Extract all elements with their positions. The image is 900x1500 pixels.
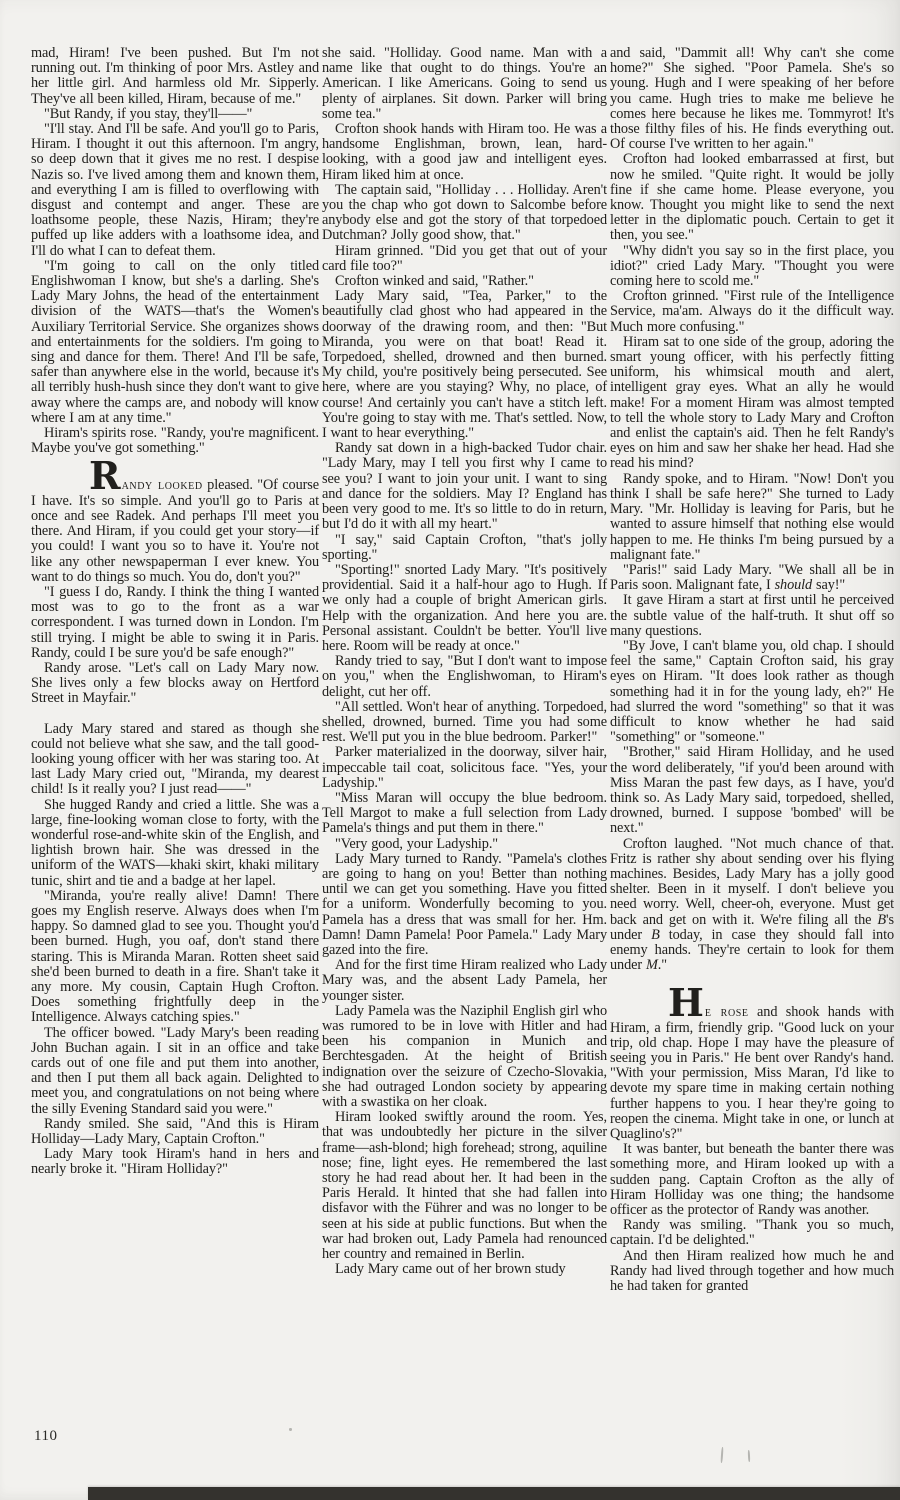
- paragraph: And then Hiram realized how much he and …: [610, 1249, 894, 1295]
- opening-paragraph: Randy looked pleased. "Of course I have.…: [31, 476, 319, 584]
- paragraph: Lady Pamela was the Naziphil English gir…: [322, 1004, 607, 1110]
- paragraph: It was banter, but beneath the banter th…: [610, 1142, 894, 1218]
- paragraph: "Why didn't you say so in the first plac…: [610, 244, 894, 290]
- paragraph: "Very good, your Ladyship.": [322, 837, 607, 852]
- paragraph: And for the first time Hiram realized wh…: [322, 958, 607, 1004]
- paragraph: Randy arose. "Let's call on Lady Mary no…: [31, 661, 319, 707]
- paragraph: Lady Mary said, "Tea, Parker," to the be…: [322, 289, 607, 441]
- page-number: 110: [34, 1428, 57, 1445]
- scan-artifact: [720, 1447, 723, 1463]
- paragraph: The captain said, "Holliday . . . Hollid…: [322, 183, 607, 244]
- paragraph: She hugged Randy and cried a little. She…: [31, 798, 319, 889]
- paragraph: "Paris!" said Lady Mary. "We shall all b…: [610, 563, 894, 593]
- paragraph: Hiram's spirits rose. "Randy, you're mag…: [31, 426, 319, 456]
- paragraph: "By Jove, I can't blame you, old chap. I…: [610, 639, 894, 745]
- paragraph: Parker materialized in the doorway, silv…: [322, 745, 607, 791]
- paragraph: Crofton shook hands with Hiram too. He w…: [322, 122, 607, 183]
- paragraph: Hiram grinned. "Did you get that out of …: [322, 244, 607, 274]
- paragraph: mad, Hiram! I've been pushed. But I'm no…: [31, 46, 319, 107]
- paragraph: and said, "Dammit all! Why can't she com…: [610, 46, 894, 152]
- paragraph: "Miranda, you're really alive! Damn! The…: [31, 889, 319, 1026]
- paragraph: It gave Hiram a start at first until he …: [610, 593, 894, 639]
- paragraph: Randy tried to say, "But I don't want to…: [322, 654, 607, 700]
- paragraph: Hiram sat to one side of the group, ador…: [610, 335, 894, 472]
- scan-edge-bar: [88, 1487, 900, 1500]
- paragraph: Lady Mary turned to Randy. "Pamela's clo…: [322, 852, 607, 958]
- paragraph: Crofton laughed. "Not much chance of tha…: [610, 837, 894, 974]
- paragraph: "Miss Maran will occupy the blue bedroom…: [322, 791, 607, 837]
- small-caps-lead: andy looked: [122, 477, 203, 493]
- small-caps-lead: e rose: [705, 1004, 749, 1020]
- paragraph: "Sporting!" snorted Lady Mary. "It's pos…: [322, 563, 607, 654]
- paragraph: "I say," said Captain Crofton, "that's j…: [322, 533, 607, 563]
- paragraph: Crofton winked and said, "Rather.": [322, 274, 607, 289]
- text-column-left: mad, Hiram! I've been pushed. But I'm no…: [31, 46, 319, 1178]
- paragraph: The officer bowed. "Lady Mary's been rea…: [31, 1026, 319, 1117]
- scan-artifact: [289, 1428, 292, 1431]
- paragraph: Crofton grinned. "First rule of the Inte…: [610, 289, 894, 335]
- paragraph: "All settled. Won't hear of anything. To…: [322, 700, 607, 746]
- drop-cap: R: [89, 453, 121, 498]
- paragraph: Randy sat down in a high-backed Tudor ch…: [322, 441, 607, 532]
- text-column-center: she said. "Holliday. Good name. Man with…: [322, 46, 607, 1277]
- paragraph: she said. "Holliday. Good name. Man with…: [322, 46, 607, 122]
- text-column-right: and said, "Dammit all! Why can't she com…: [610, 46, 894, 1294]
- paragraph: "I guess I do, Randy. I think the thing …: [31, 585, 319, 661]
- paragraph: Lady Mary took Hiram's hand in hers and …: [31, 1147, 319, 1177]
- paragraph: Crofton had looked embarrassed at first,…: [610, 152, 894, 243]
- scanned-page: mad, Hiram! I've been pushed. But I'm no…: [0, 0, 900, 1500]
- paragraph: "I'm going to call on the only titled En…: [31, 259, 319, 426]
- paragraph: "I'll stay. And I'll be safe. And you'll…: [31, 122, 319, 259]
- paragraph: "Brother," said Hiram Holliday, and he u…: [610, 745, 894, 836]
- drop-cap: H: [668, 980, 704, 1025]
- scan-artifact: [748, 1450, 751, 1462]
- paragraph: Randy smiled. She said, "And this is Hir…: [31, 1117, 319, 1147]
- paragraph: Lady Mary came out of her brown study: [322, 1262, 607, 1277]
- paragraph: "But Randy, if you stay, they'll——": [31, 107, 319, 122]
- paragraph: Randy was smiling. "Thank you so much, c…: [610, 1218, 894, 1248]
- paragraph: Lady Mary stared and stared as though sh…: [31, 722, 319, 798]
- opening-paragraph: He rose and shook hands with Hiram, a fi…: [610, 1003, 894, 1142]
- paragraph: Hiram looked swiftly around the room. Ye…: [322, 1110, 607, 1262]
- paragraph: Randy spoke, and to Hiram. "Now! Don't y…: [610, 472, 894, 563]
